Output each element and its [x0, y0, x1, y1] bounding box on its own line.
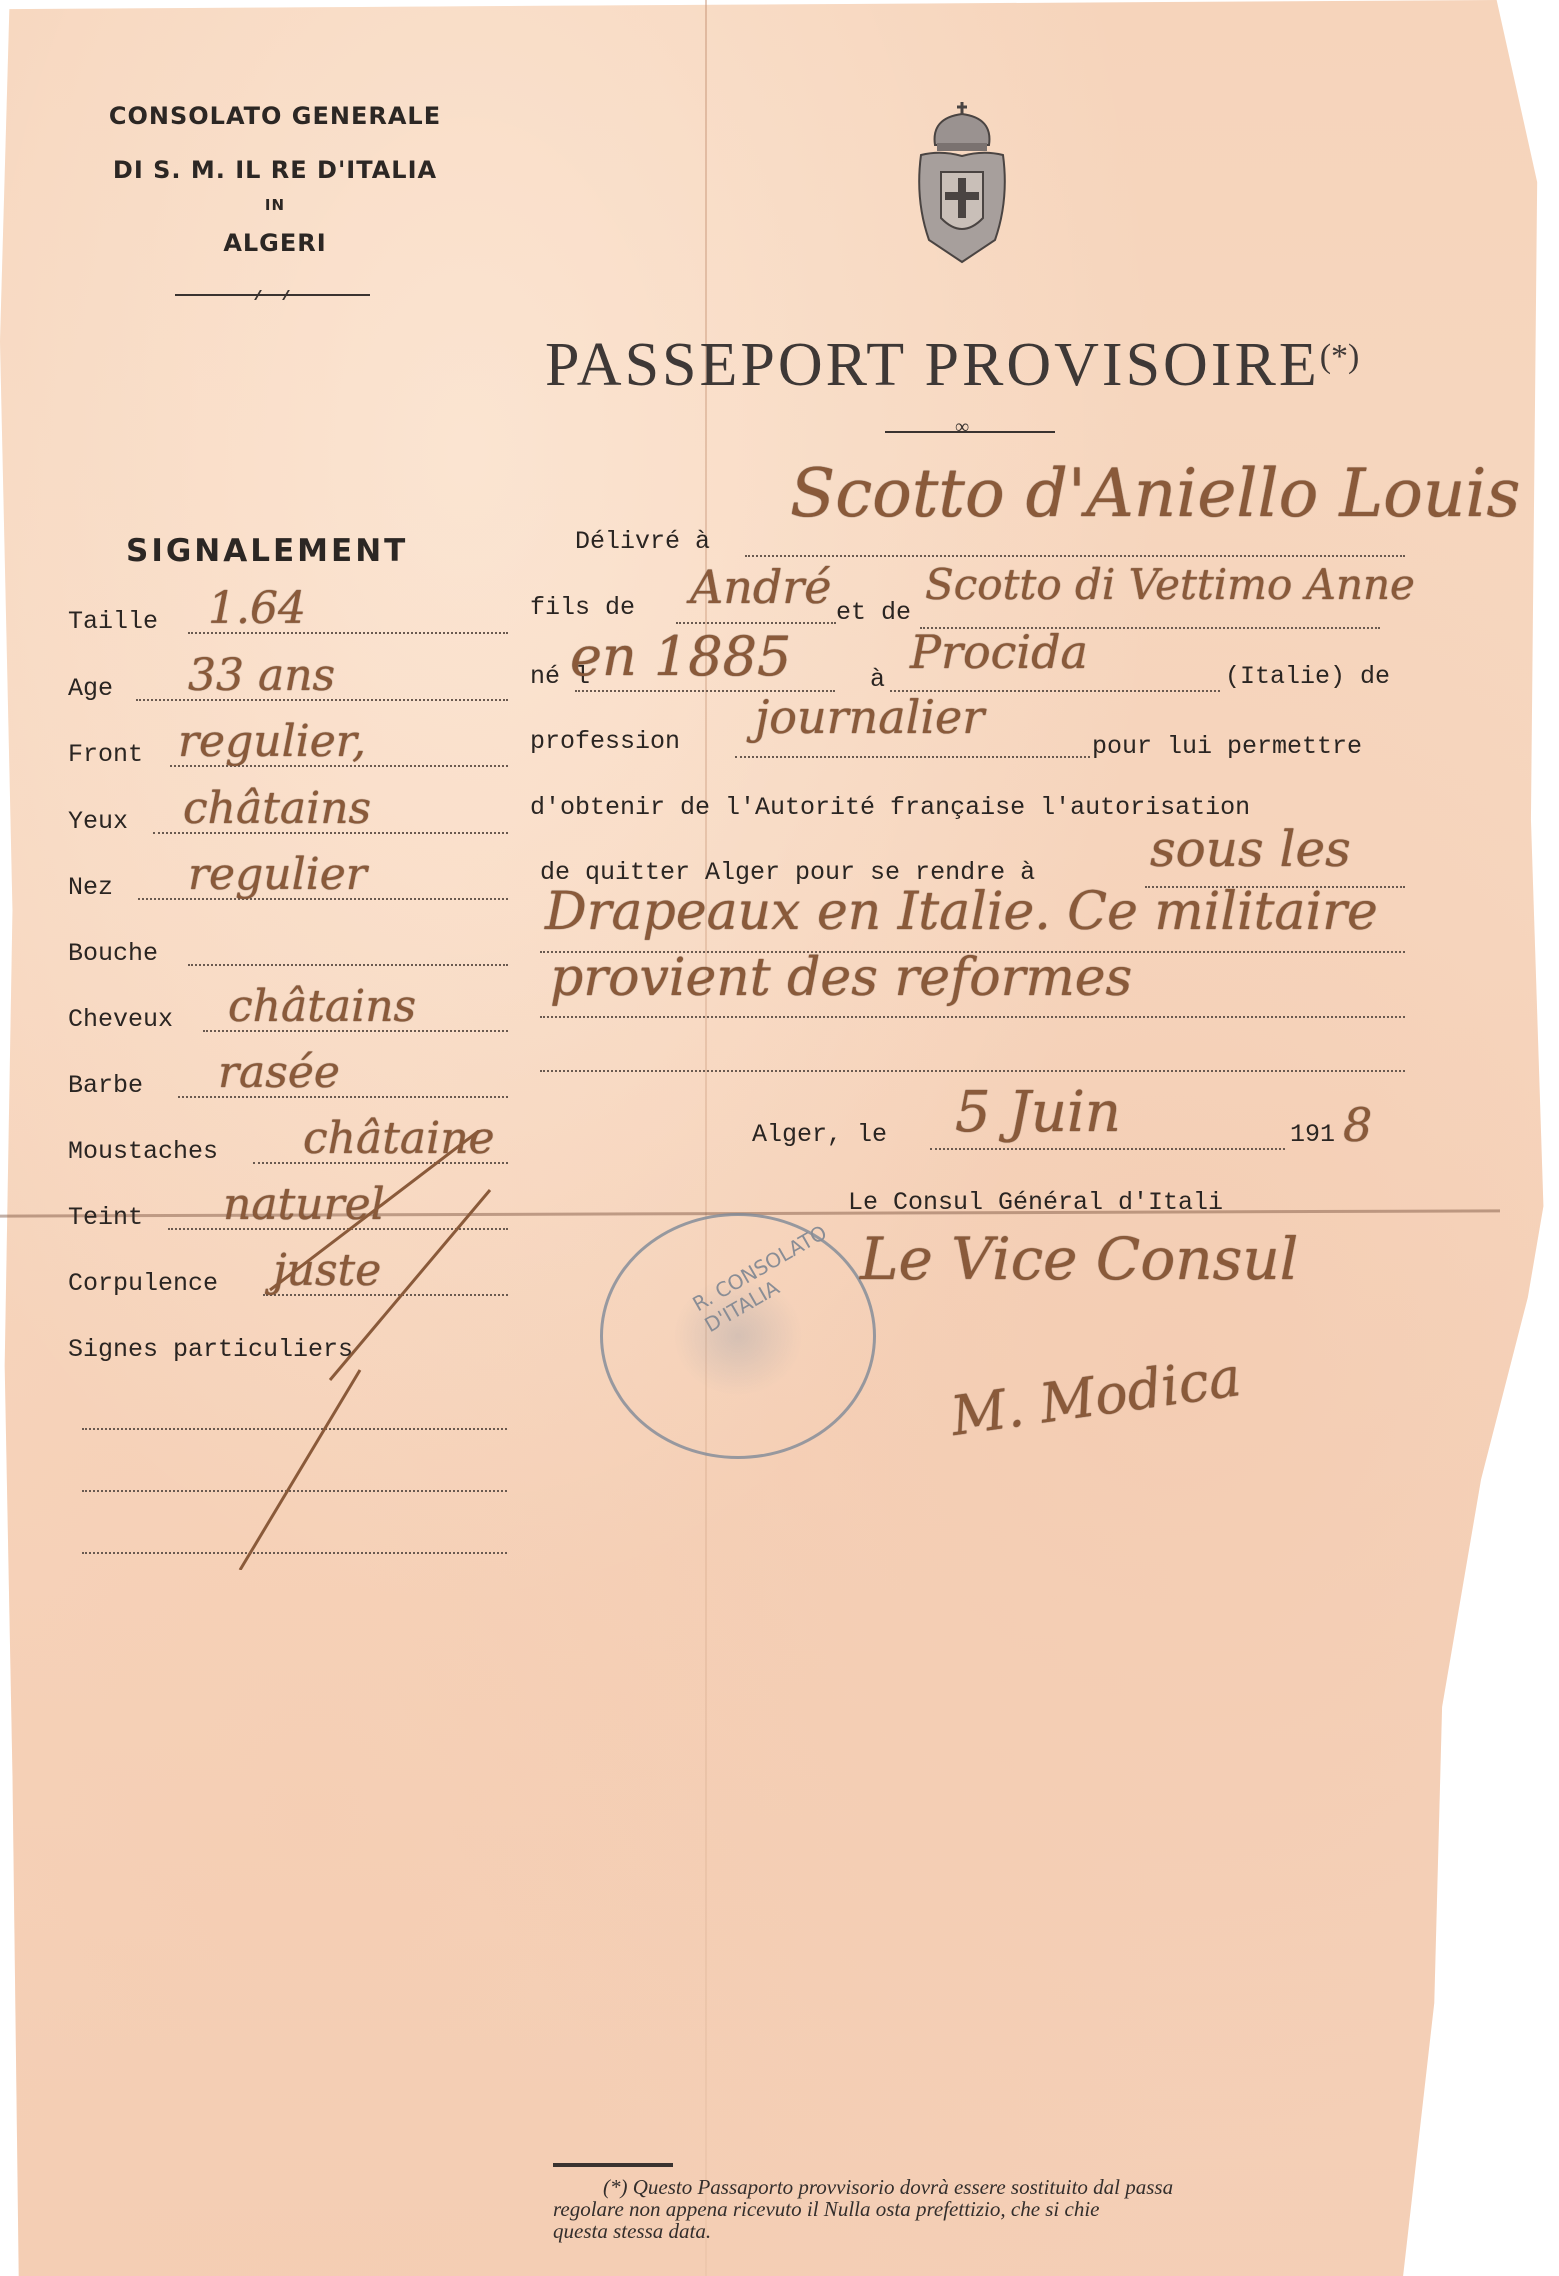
field-value: châtains [183, 783, 371, 834]
italie-label: (Italie) de [1225, 662, 1390, 691]
field-label: Barbe [68, 1071, 143, 1100]
destination-text-2: Drapeaux en Italie. Ce militaire [545, 882, 1378, 942]
header-line-3: IN [60, 198, 490, 213]
field-label: Age [68, 674, 113, 703]
mother-name: Scotto di Vettimo Anne [925, 560, 1415, 609]
birth-year: en 1885 [570, 625, 791, 688]
field-taille: Taille 1.64 [68, 600, 508, 640]
holder-name: Scotto d'Aniello Louis [790, 455, 1520, 532]
field-bouche: Bouche [68, 932, 508, 972]
destination-text-1: sous les [1150, 820, 1351, 878]
profession-label: profession [530, 727, 680, 756]
father-name: André [690, 560, 832, 614]
obtenir-line: d'obtenir de l'Autorité française l'auto… [530, 793, 1250, 822]
profession-value: journalier [755, 690, 984, 744]
strike-through-mark [230, 1130, 510, 1570]
field-front: Front regulier, [68, 733, 508, 773]
destination-line-3 [540, 1016, 1405, 1018]
header-ornament [175, 294, 370, 296]
field-label: Teint [68, 1203, 143, 1232]
header-line-2: DI S. M. IL RE D'ITALIA [60, 158, 490, 182]
year-handwritten: 8 [1343, 1098, 1372, 1152]
field-label: Nez [68, 873, 113, 902]
footnote-line-2: regolare non appena ricevuto il Nulla os… [553, 2198, 1393, 2220]
title-footnote-marker: (*) [1320, 338, 1360, 375]
signature-title: Le Vice Consul [860, 1225, 1298, 1293]
year-printed: 191 [1290, 1120, 1335, 1149]
consulate-header: CONSOLATO GENERALE DI S. M. IL RE D'ITAL… [60, 104, 490, 255]
header-line-1: CONSOLATO GENERALE [60, 104, 490, 128]
field-barbe: Barbe rasée [68, 1064, 508, 1104]
field-value: 33 ans [188, 650, 335, 701]
et-de-label: et de [836, 598, 911, 627]
field-label: Cheveux [68, 1005, 173, 1034]
destination-text-3: provient des reformes [550, 948, 1132, 1008]
footnote-rule [553, 2163, 673, 2167]
field-label: Corpulence [68, 1269, 218, 1298]
field-label: Taille [68, 607, 158, 636]
field-label: Moustaches [68, 1137, 218, 1166]
royal-coat-of-arms-icon [913, 100, 1011, 265]
field-value: 1.64 [208, 583, 306, 634]
page-title: PASSEPORT PROVISOIRE(*) [545, 330, 1359, 401]
consul-label: Le Consul Général d'Itali [848, 1188, 1223, 1217]
fils-label: fils de [530, 593, 635, 622]
title-ornament [885, 431, 1055, 433]
field-label: Bouche [68, 939, 158, 968]
consulate-stamp: R. CONSOLATO D'ITALIA [600, 1213, 876, 1459]
pour-label: pour lui permettre [1092, 732, 1362, 761]
birthplace: Procida [910, 625, 1088, 679]
fils-line [676, 622, 836, 624]
field-value: rasée [218, 1047, 340, 1098]
issue-date: 5 Juin [955, 1080, 1121, 1145]
signalement-heading: SIGNALEMENT [126, 533, 408, 569]
field-value: châtains [228, 981, 416, 1032]
field-label: Yeux [68, 807, 128, 836]
field-label: Front [68, 740, 143, 769]
place-date-label: Alger, le [752, 1120, 887, 1149]
field-cheveux: Cheveux châtains [68, 998, 508, 1038]
footnote-line-1: (*) Questo Passaporto provvisorio dovrà … [553, 2176, 1393, 2198]
title-text: PASSEPORT PROVISOIRE [545, 331, 1320, 399]
header-line-4: ALGERI [60, 231, 490, 255]
field-age: Age 33 ans [68, 667, 508, 707]
profession-line [735, 756, 1090, 758]
destination-line-4 [540, 1070, 1405, 1072]
field-value: regulier [188, 849, 367, 900]
delivre-line [745, 555, 1405, 557]
footnote-line-3: questa stessa data. [553, 2220, 1393, 2242]
date-line [930, 1148, 1285, 1150]
field-value: regulier, [178, 716, 366, 767]
field-nez: Nez regulier [68, 866, 508, 906]
field-yeux: Yeux châtains [68, 800, 508, 840]
footnote: (*) Questo Passaporto provvisorio dovrà … [553, 2176, 1393, 2242]
delivre-label: Délivré à [575, 527, 710, 556]
